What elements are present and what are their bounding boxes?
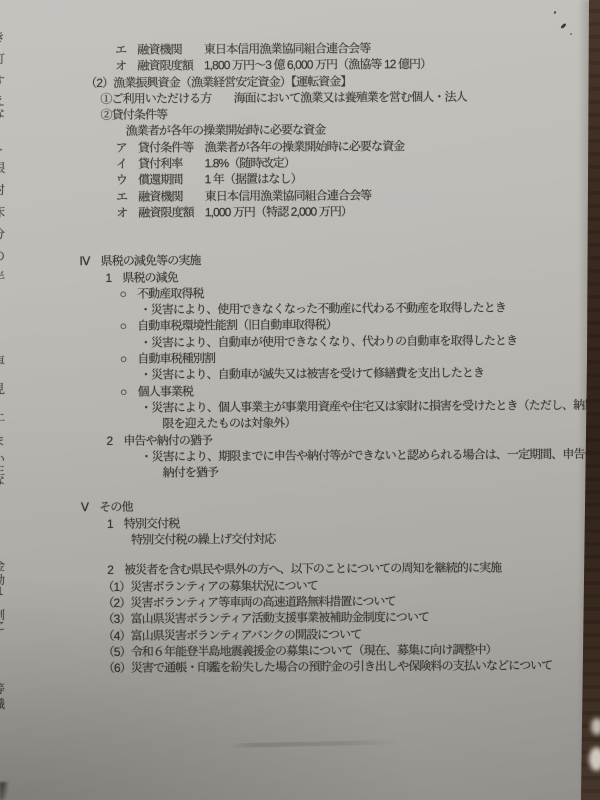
document-line: オ 融資限度額 1,000 万円（特認 2,000 万円） [1,202,585,222]
document-text: エ 融資機関 東日本信用漁業協同組合連合会等オ 融資限度額 1,800 万円～3… [0,39,588,677]
edge-fragment-text: 識 [0,695,5,712]
photo-of-document: き打すえな0．銀村床分の半3車見上まい生な金勤(1制に等識 エ 融資機関 東日本… [0,0,600,800]
edge-fragment-text: (1 [0,584,3,598]
document-line: 特別交付税の繰上げ交付対応 [3,529,587,549]
shadow-notch [0,782,8,800]
light-reflection [589,747,600,771]
light-reflection [591,718,600,735]
document-line: 納付を猶予 [3,462,587,482]
